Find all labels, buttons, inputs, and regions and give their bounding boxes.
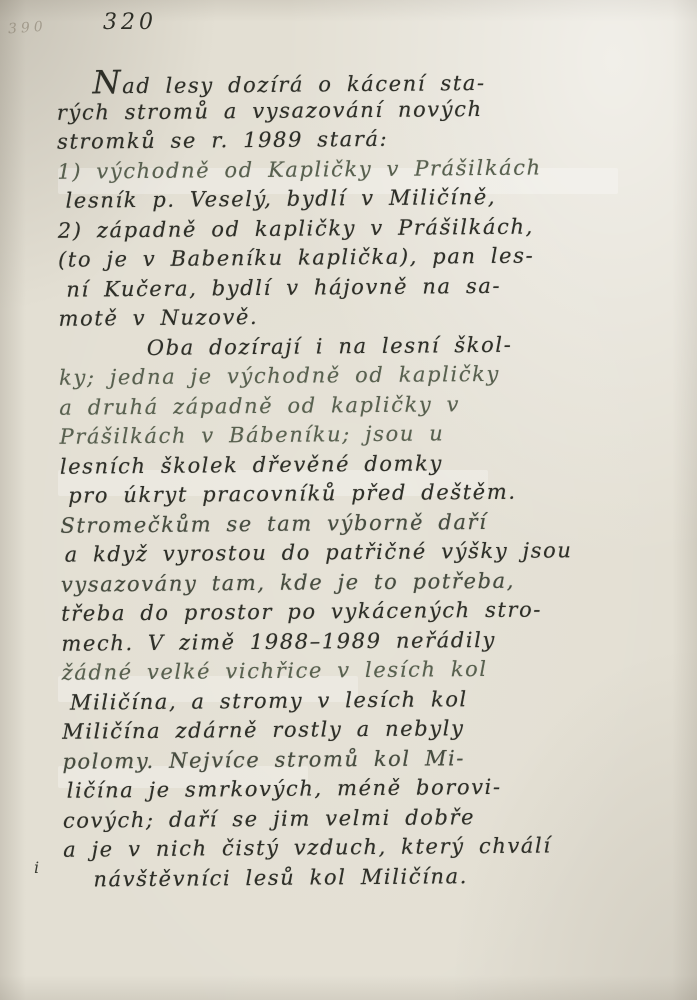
handwriting-line: návštěvníci lesů kol Miličína. — [93, 860, 683, 895]
handwriting-line: Oba dozírají i na lesní škol- — [147, 329, 679, 363]
page-number: 320 — [103, 10, 157, 35]
corner-pencil-number: 390 — [7, 19, 47, 38]
manuscript-page: 390 320 Nad lesy dozírá o kácení sta- rý… — [0, 0, 697, 1000]
margin-mark: i — [34, 858, 39, 877]
handwriting-text-block: Nad lesy dozírá o kácení sta- rých strom… — [56, 63, 683, 894]
